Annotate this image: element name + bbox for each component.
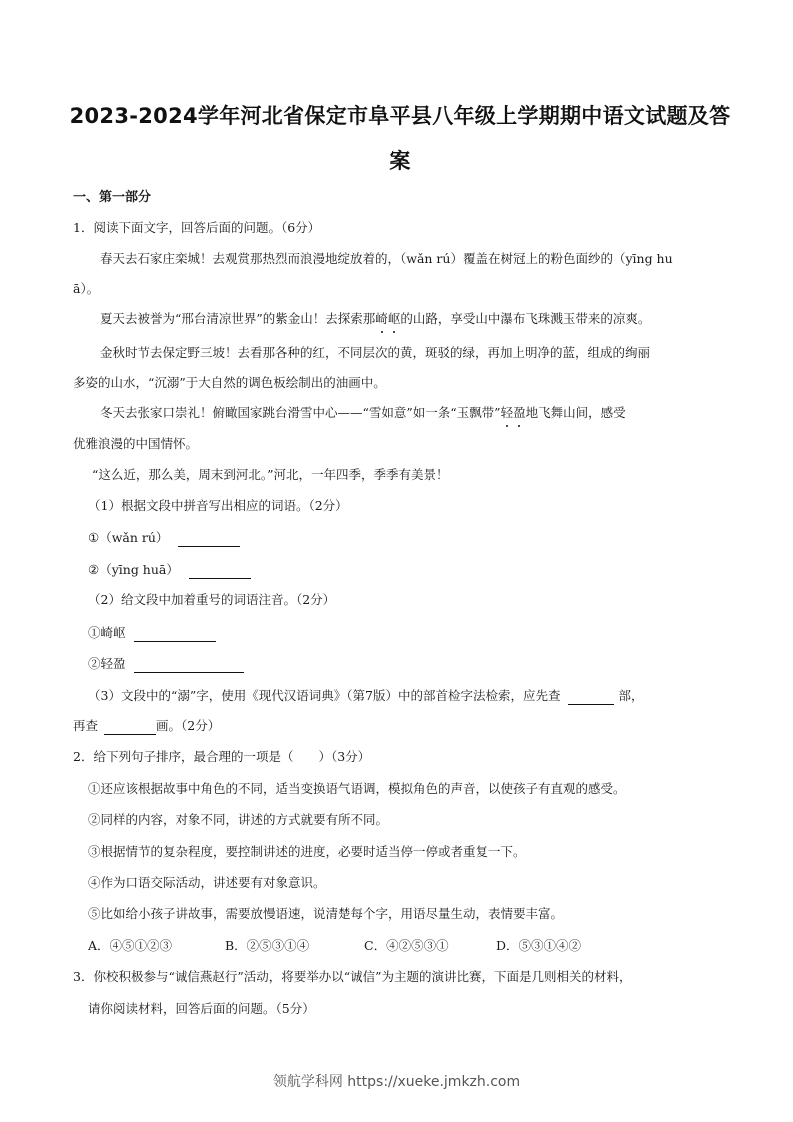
- word-qingying-label: ②轻盈: [88, 656, 126, 671]
- q1-sub1-item-b: ②（yīng huā）: [88, 561, 255, 579]
- emphasis-char-qi: 崎: [375, 310, 388, 328]
- q1-paragraph-winter-line1: 冬天去张家口崇礼！俯瞰国家跳台滑雪中心——“雪如意”如一条“玉飘带”轻盈地飞舞山…: [100, 404, 626, 422]
- q2-option-b[interactable]: B．②⑤③①④: [225, 937, 364, 955]
- emphasis-char-ying: 盈: [513, 404, 526, 422]
- q2-sentence-4: ④作为口语交际活动，讲述要有对象意识。: [88, 874, 326, 892]
- doc-title-line1: 2023-2024学年河北省保定市阜平县八年级上学期期中语文试题及答: [60, 100, 740, 130]
- summer-text-after: 的山路，享受山中瀑布飞珠溅玉带来的凉爽。: [400, 311, 650, 326]
- sub3-text-part2: 部，: [618, 688, 643, 703]
- answer-blank-qiqu[interactable]: [134, 627, 216, 642]
- winter-text-after: 地飞舞山间，感受: [526, 405, 626, 420]
- q2-sentence-3: ③根据情节的复杂程度，要控制讲述的进度，必要时适当停一停或者重复一下。: [88, 843, 526, 861]
- q3-prompt-line1: 3．你校积极参与“诚信燕赵行”活动，将要举办以“诚信”为主题的演讲比赛，下面是几…: [73, 968, 632, 986]
- word-qiqu-label: ①崎岖: [88, 625, 126, 640]
- emphasis-char-qing: 轻: [501, 404, 514, 422]
- exam-page: 2023-2024学年河北省保定市阜平县八年级上学期期中语文试题及答 案 一、第…: [0, 0, 793, 1122]
- answer-blank-qingying[interactable]: [134, 658, 244, 673]
- sub3-text-part1: （3）文段中的“溺”字，使用《现代汉语词典》（第7版）中的部首检字法检索，应先查: [88, 688, 560, 703]
- q1-sub2-prompt: （2）给文段中加着重号的词语注音。（2分）: [88, 591, 335, 609]
- q3-prompt-line2: 请你阅读材料，回答后面的问题。（5分）: [88, 1000, 315, 1018]
- q1-paragraph-autumn-line1: 金秋时节去保定野三坡！去看那各种的红，不同层次的黄，斑驳的绿，再加上明净的蓝，组…: [100, 344, 650, 362]
- q1-paragraph-spring-line1: 春天去石家庄栾城！去观赏那热烈而浪漫地绽放着的，（wǎn rú）覆盖在树冠上的粉…: [100, 250, 673, 268]
- doc-title-line2: 案: [60, 145, 740, 175]
- q1-paragraph-autumn-line2: 多姿的山水，“沉溺”于大自然的调色板绘制出的油画中。: [73, 374, 386, 392]
- q2-sentence-1: ①还应该根据故事中角色的不同，适当变换语气语调，模拟角色的声音，以使孩子有直观的…: [88, 780, 626, 798]
- section-heading: 一、第一部分: [73, 186, 151, 205]
- q2-option-a[interactable]: A．④⑤①②③: [88, 937, 225, 955]
- q1-prompt: 1．阅读下面文字，回答后面的问题。（6分）: [73, 219, 320, 237]
- answer-blank-wanru[interactable]: [178, 532, 240, 547]
- q2-options: A．④⑤①②③B．②⑤③①④C．④②⑤③①D．⑤③①④②: [88, 937, 581, 955]
- q1-sub3-line2: 再查画。（2分）: [73, 717, 220, 735]
- answer-blank-radical[interactable]: [568, 690, 614, 705]
- pinyin-yinghua-label: ②（yīng huā）: [88, 562, 179, 577]
- q1-sub3-line1: （3）文段中的“溺”字，使用《现代汉语词典》（第7版）中的部首检字法检索，应先查…: [88, 687, 643, 705]
- q1-sub1-item-a: ①（wǎn rú）: [88, 529, 244, 547]
- q2-option-d[interactable]: D．⑤③①④②: [496, 937, 581, 955]
- q1-paragraph-winter-line2: 优雅浪漫的中国情怀。: [73, 435, 198, 453]
- sub3-line2-before: 再查: [73, 718, 98, 733]
- q2-sentence-5: ⑤比如给小孩子讲故事，需要放慢语速，说清楚每个字，用语尽量生动，表情要丰富。: [88, 905, 563, 923]
- q2-option-c[interactable]: C．④②⑤③①: [364, 937, 496, 955]
- pinyin-wanru-label: ①（wǎn rú）: [88, 530, 168, 545]
- q1-paragraph-spring-line2: ā）。: [73, 280, 99, 298]
- site-footer-watermark: 领航学科网 https://xueke.jmkzh.com: [0, 1071, 793, 1091]
- answer-blank-yinghua[interactable]: [189, 564, 251, 579]
- summer-text-before: 夏天去被誉为“邢台清凉世界”的紫金山！去探索那: [100, 311, 375, 326]
- q1-sub2-item-a: ①崎岖: [88, 624, 220, 642]
- answer-blank-strokes[interactable]: [104, 720, 156, 735]
- q1-paragraph-slogan: “这么近，那么美，周末到河北。”河北，一年四季，季季有美景！: [92, 466, 449, 484]
- q1-sub1-prompt: （1）根据文段中拼音写出相应的词语。（2分）: [88, 497, 348, 515]
- q2-sentence-2: ②同样的内容，对象不同，讲述的方式就要有所不同。: [88, 811, 388, 829]
- q1-paragraph-summer: 夏天去被誉为“邢台清凉世界”的紫金山！去探索那崎岖的山路，享受山中瀑布飞珠溅玉带…: [100, 310, 650, 328]
- emphasis-char-qu: 岖: [388, 310, 401, 328]
- q2-prompt: 2．给下列句子排序，最合理的一项是（ ）（3分）: [73, 748, 370, 766]
- winter-text-before: 冬天去张家口崇礼！俯瞰国家跳台滑雪中心——“雪如意”如一条“玉飘带”: [100, 405, 501, 420]
- q1-sub2-item-b: ②轻盈: [88, 655, 248, 673]
- sub3-line2-after: 画。（2分）: [156, 718, 220, 733]
